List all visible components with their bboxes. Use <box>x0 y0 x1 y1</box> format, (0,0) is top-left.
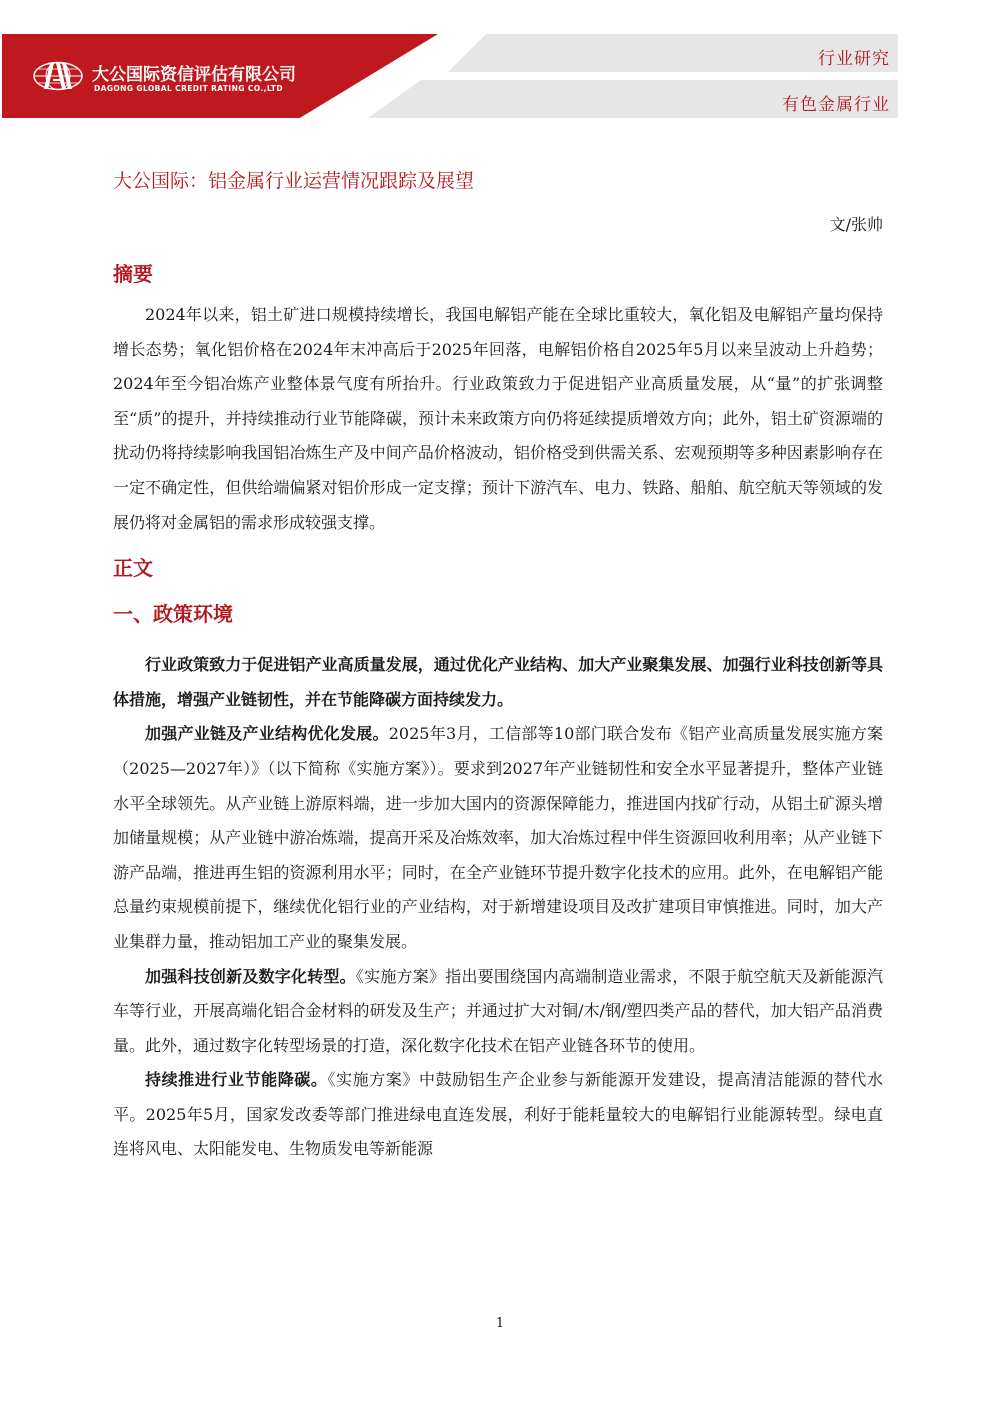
company-name-cn: 大公国际资信评估有限公司 <box>92 60 296 85</box>
dagong-globe-logo-icon <box>32 61 84 91</box>
abstract-paragraph: 2024年以来，铝土矿进口规模持续增长，我国电解铝产能在全球比重较大，氧化铝及电… <box>113 298 883 540</box>
company-name-en: DAGONG GLOBAL CREDIT RATING CO.,LTD <box>94 84 283 93</box>
document-title: 大公国际：铝金属行业运营情况跟踪及展望 <box>113 166 883 194</box>
paragraph-industry-chain: 加强产业链及产业结构优化发展。2025年3月，工信部等10部门联合发布《铝产业高… <box>113 717 883 959</box>
industry-tag: 有色金属行业 <box>782 90 890 115</box>
paragraph-lead: 加强产业链及产业结构优化发展。 <box>145 724 389 743</box>
body-heading: 正文 <box>113 548 883 594</box>
category-tag: 行业研究 <box>818 44 890 69</box>
document-body: 大公国际：铝金属行业运营情况跟踪及展望 文/张帅 摘要 2024年以来，铝土矿进… <box>113 160 883 1167</box>
paragraph-tech-innovation: 加强科技创新及数字化转型。《实施方案》指出要围绕国内高端制造业需求，不限于航空航… <box>113 960 883 1064</box>
paragraph-text: 2025年3月，工信部等10部门联合发布《铝产业高质量发展实施方案（2025—2… <box>113 724 883 951</box>
section-heading-policy: 一、政策环境 <box>113 594 883 644</box>
author-byline: 文/张帅 <box>113 212 883 242</box>
page-number: 1 <box>0 1316 1000 1331</box>
section-summary: 行业政策致力于促进铝产业高质量发展，通过优化产业结构、加大产业聚集发展、加强行业… <box>113 648 883 717</box>
abstract-heading: 摘要 <box>113 258 883 298</box>
page-header: 大公国际资信评估有限公司 DAGONG GLOBAL CREDIT RATING… <box>0 0 1000 130</box>
paragraph-energy-saving: 持续推进行业节能降碳。《实施方案》中鼓励铝生产企业参与新能源开发建设，提高清洁能… <box>113 1063 883 1167</box>
paragraph-lead: 加强科技创新及数字化转型。 <box>145 967 356 986</box>
paragraph-lead: 持续推进行业节能降碳。 <box>145 1070 328 1089</box>
